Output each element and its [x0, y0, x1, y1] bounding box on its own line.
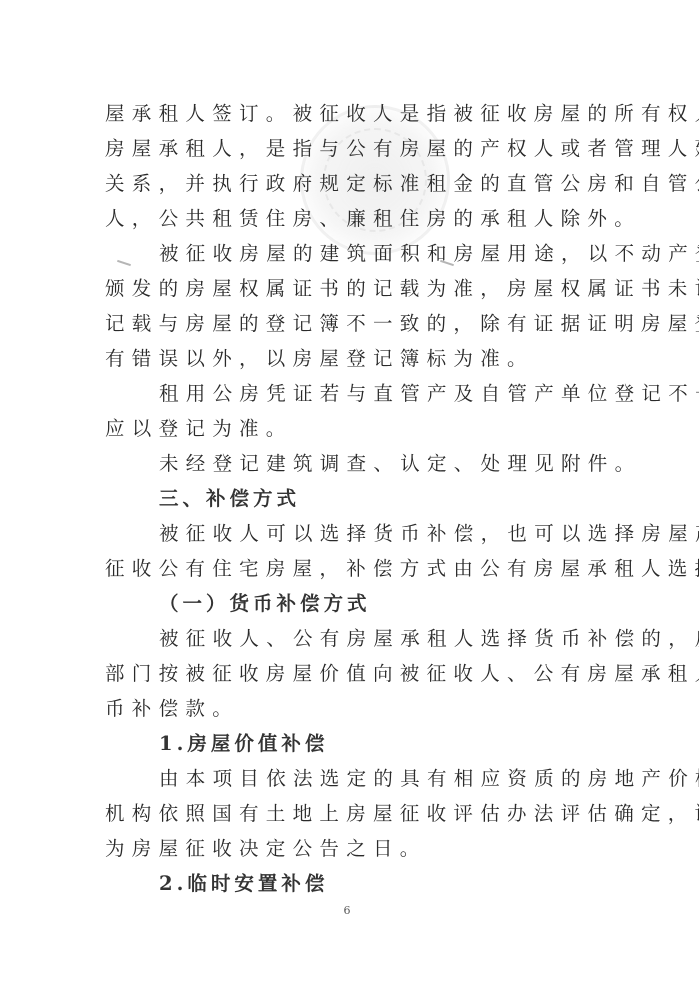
paragraph-line: 由本项目依法选定的具有相应资质的房地产价格评估 [105, 761, 605, 796]
paragraph-line: 机构依照国有土地上房屋征收评估办法评估确定，评估时点 [105, 796, 605, 831]
subsection-heading: （一）货币补偿方式 [105, 586, 605, 621]
paragraph-line: 屋承租人签订。被征收人是指被征收房屋的所有权人；公有 [105, 96, 605, 131]
paragraph-line: 为房屋征收决定公告之日。 [105, 831, 605, 866]
paragraph-line: 部门按被征收房屋价值向被征收人、公有房屋承租人支付货 [105, 656, 605, 691]
item-heading: 1.房屋价值补偿 [105, 726, 605, 761]
paragraph-line: 房屋承租人，是指与公有房屋的产权人或者管理人建立租赁 [105, 131, 605, 166]
paragraph-line: 有错误以外，以房屋登记簿标为准。 [105, 341, 605, 376]
paragraph-line: 记载与房屋的登记簿不一致的，除有证据证明房屋登记簿确 [105, 306, 605, 341]
item-heading: 2.临时安置补偿 [105, 866, 605, 901]
paragraph-line: 人，公共租赁住房、廉租住房的承租人除外。 [105, 201, 605, 236]
paragraph-line: 未经登记建筑调查、认定、处理见附件。 [105, 446, 605, 481]
paragraph-line: 征收公有住宅房屋，补偿方式由公有房屋承租人选择。 [105, 551, 605, 586]
document-body: 屋承租人签订。被征收人是指被征收房屋的所有权人；公有 房屋承租人，是指与公有房屋… [105, 96, 605, 901]
paragraph-line: 应以登记为准。 [105, 411, 605, 446]
paragraph-line: 被征收房屋的建筑面积和房屋用途，以不动产登记机构 [105, 236, 605, 271]
paragraph-line: 关系，并执行政府规定标准租金的直管公房和自管公房承租 [105, 166, 605, 201]
page-number: 6 [340, 904, 354, 917]
paragraph-line: 颁发的房屋权属证书的记载为准，房屋权属证书未记载或者 [105, 271, 605, 306]
paragraph-line: 租用公房凭证若与直管产及自管产单位登记不一致的， [105, 376, 605, 411]
document-page: 屋承租人签订。被征收人是指被征收房屋的所有权人；公有 房屋承租人，是指与公有房屋… [0, 0, 699, 990]
paragraph-line: 被征收人可以选择货币补偿，也可以选择房屋产权调换。 [105, 516, 605, 551]
paragraph-line: 币补偿款。 [105, 691, 605, 726]
section-heading: 三、补偿方式 [105, 481, 605, 516]
paragraph-line: 被征收人、公有房屋承租人选择货币补偿的，房屋征收 [105, 621, 605, 656]
